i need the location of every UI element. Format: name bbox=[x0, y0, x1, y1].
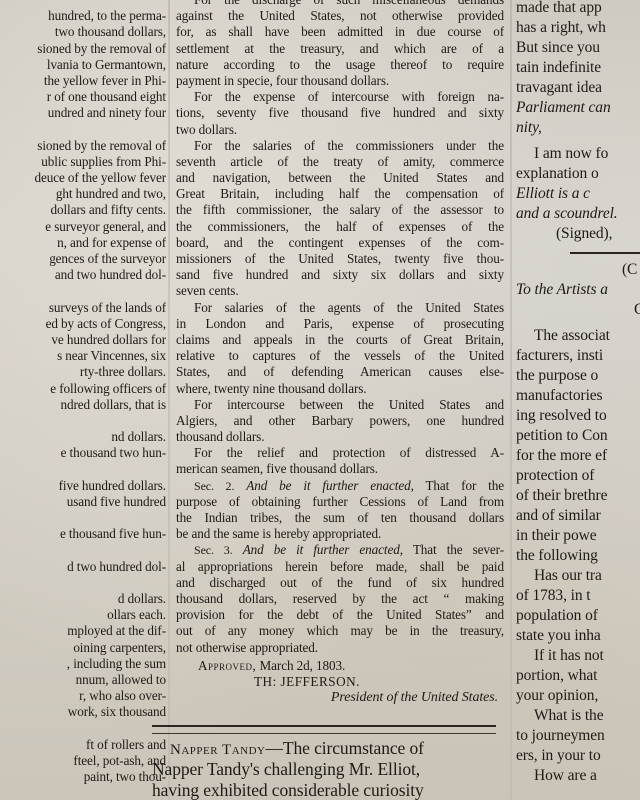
left-column-line: e following officers of bbox=[0, 381, 166, 397]
letter-line: (Signed), bbox=[516, 224, 640, 244]
paragraph-line: claims and appeals in the courts of Grea… bbox=[176, 332, 504, 348]
left-column-line: five hundred dollars. bbox=[0, 478, 166, 494]
address-line: protection of bbox=[516, 466, 640, 486]
section-paren: (C bbox=[516, 260, 640, 280]
left-column: hundred, to the perma-two thousand dolla… bbox=[0, 0, 166, 800]
napper-tandy-article: Napper Tandy—The circumstance of Napper … bbox=[152, 738, 498, 800]
address-line: the following bbox=[516, 546, 640, 566]
appropriation-paragraph: For salaries of the agents of the United… bbox=[176, 300, 504, 397]
address-line: of 1783, in t bbox=[516, 586, 640, 606]
paragraph-line: the Indian tribes, the sum of ten thousa… bbox=[176, 510, 504, 526]
address-line: facturers, insti bbox=[516, 346, 640, 366]
address-line: population of bbox=[516, 606, 640, 626]
paragraph-line: For the relief and protection of distres… bbox=[176, 445, 504, 461]
left-column-line: usand five hundred bbox=[0, 494, 166, 510]
letter-line: nity, bbox=[516, 118, 640, 138]
left-column-line: d dollars. bbox=[0, 591, 166, 607]
left-column-line: , including the sum bbox=[0, 656, 166, 672]
line-text: That for the bbox=[414, 478, 504, 493]
signer-name: TH: JEFFERSON. bbox=[176, 674, 504, 690]
approved-label: Approved, bbox=[198, 658, 256, 673]
appropriations-act-text: For the discharge of such miscellaneous … bbox=[176, 0, 504, 656]
appropriation-paragraph: For the relief and protection of distres… bbox=[176, 445, 504, 477]
paragraph-line: relative to captures of the vessels of t… bbox=[176, 348, 504, 364]
left-column-line: ed by acts of Congress, bbox=[0, 316, 166, 332]
paragraph-line: two dollars. bbox=[176, 122, 504, 138]
address-line: to journeymen bbox=[516, 726, 640, 746]
left-column-line: ollars each. bbox=[0, 607, 166, 623]
letter-line: and a scoundrel. bbox=[516, 204, 640, 224]
address-line: the purpose o bbox=[516, 366, 640, 386]
middle-column: For the discharge of such miscellaneous … bbox=[176, 0, 504, 800]
left-column-line: deuce of the yellow fever bbox=[0, 170, 166, 186]
section-subheading: C bbox=[516, 300, 640, 320]
address-line: of their brethre bbox=[516, 486, 640, 506]
column-divider-right bbox=[510, 0, 512, 800]
paragraph-line: Great Britain, including half the compen… bbox=[176, 186, 504, 202]
letter-line: I am now fo bbox=[516, 144, 640, 164]
left-column-line bbox=[0, 542, 166, 558]
left-column-line: the yellow fever in Phi- bbox=[0, 73, 166, 89]
address-line: for the more ef bbox=[516, 446, 640, 466]
artists-address-text: The associatfacturers, instithe purpose … bbox=[516, 326, 640, 786]
enacting-clause: And be it further enacted, bbox=[243, 542, 403, 557]
appropriation-paragraph: For the salaries of the commissioners un… bbox=[176, 138, 504, 300]
em-dash: — bbox=[266, 738, 283, 758]
paragraph-line: sand five hundred and sixty six dollars … bbox=[176, 267, 504, 283]
paragraph-line: thousand dollars, reserved by the act “ … bbox=[176, 591, 504, 607]
article-line: Napper Tandy's challenging Mr. Elliot, bbox=[152, 759, 498, 780]
line-text: That the sever- bbox=[403, 542, 504, 557]
paragraph-line: board, and the contingent expenses of th… bbox=[176, 235, 504, 251]
approved-date: March 2d, 1803. bbox=[260, 658, 346, 673]
address-line: and of similar bbox=[516, 506, 640, 526]
paragraph-line: and discharged out of the fund of six hu… bbox=[176, 575, 504, 591]
left-column-line: gences of the surveyor bbox=[0, 251, 166, 267]
paragraph-line: Sec. 3. And be it further enacted, That … bbox=[176, 542, 504, 558]
left-column-line: r of one thousand eight bbox=[0, 89, 166, 105]
left-column-line bbox=[0, 0, 166, 8]
letter-line: explanation o bbox=[516, 164, 640, 184]
left-column-line: two thousand dollars, bbox=[0, 24, 166, 40]
left-column-line: oining carpenters, bbox=[0, 640, 166, 656]
letter-line: Parliament can bbox=[516, 98, 640, 118]
left-column-line: ft of rollers and bbox=[0, 737, 166, 753]
left-column-line: hundred, to the perma- bbox=[0, 8, 166, 24]
letter-line: But since you bbox=[516, 38, 640, 58]
paragraph-line: merican seamen, five thousand dollars. bbox=[176, 461, 504, 477]
left-column-line: work, six thousand bbox=[0, 704, 166, 720]
left-column-line bbox=[0, 720, 166, 736]
paragraph-line: provision for the debt of the United Sta… bbox=[176, 607, 504, 623]
paragraph-line: against the United States, not otherwise… bbox=[176, 8, 504, 24]
newspaper-page: hundred, to the perma-two thousand dolla… bbox=[0, 0, 640, 800]
letter-line: Elliott is a c bbox=[516, 184, 640, 204]
paragraph-line: in London and Paris, expense of prosecut… bbox=[176, 316, 504, 332]
left-column-line bbox=[0, 283, 166, 299]
left-column-line: n, and for expense of bbox=[0, 235, 166, 251]
left-column-line: fteel, pot-ash, and bbox=[0, 753, 166, 769]
appropriation-paragraph: For the expense of intercourse with fore… bbox=[176, 89, 504, 138]
letter-text: made that apphas a right, whBut since yo… bbox=[516, 0, 640, 244]
paragraph-line: For the salaries of the commissioners un… bbox=[176, 138, 504, 154]
address-line: What is the bbox=[516, 706, 640, 726]
paragraph-line: and navigation, between the United State… bbox=[176, 170, 504, 186]
left-column-line: rty-three dollars. bbox=[0, 364, 166, 380]
left-column-line: nnum, allowed to bbox=[0, 672, 166, 688]
paragraph-line: the commissioners, the half of expenses … bbox=[176, 219, 504, 235]
paragraph-line: out of any money which may be in the tre… bbox=[176, 623, 504, 639]
left-column-line: e surveyor general, and bbox=[0, 219, 166, 235]
letter-line: travagant idea bbox=[516, 78, 640, 98]
left-column-line: e thousand five hun- bbox=[0, 526, 166, 542]
left-column-line bbox=[0, 510, 166, 526]
address-line: manufactories bbox=[516, 386, 640, 406]
right-column: made that apphas a right, whBut since yo… bbox=[516, 0, 640, 800]
approval-line: Approved, March 2d, 1803. bbox=[176, 658, 504, 674]
address-line: petition to Con bbox=[516, 426, 640, 446]
paragraph-line: where, twenty nine thousand dollars. bbox=[176, 381, 504, 397]
appropriation-paragraph: Sec. 3. And be it further enacted, That … bbox=[176, 542, 504, 655]
appropriation-paragraph: For intercourse between the United State… bbox=[176, 397, 504, 446]
column-divider-left bbox=[168, 0, 170, 800]
paragraph-line: For intercourse between the United State… bbox=[176, 397, 504, 413]
signer-title: President of the United States. bbox=[176, 690, 504, 706]
enacting-clause: And be it further enacted, bbox=[246, 478, 413, 493]
section-heading: To the Artists a bbox=[516, 280, 640, 300]
address-line: How are a bbox=[516, 766, 640, 786]
left-column-line: mployed at the dif- bbox=[0, 623, 166, 639]
left-column-line: r, who also over- bbox=[0, 688, 166, 704]
paragraph-line: seventh article of the treaty of amity, … bbox=[176, 154, 504, 170]
article-separator-rule bbox=[152, 725, 496, 734]
article-heading: Napper Tandy bbox=[170, 742, 266, 758]
left-column-line: ndred dollars, that is bbox=[0, 397, 166, 413]
address-line: ing resolved to bbox=[516, 406, 640, 426]
section-label: Sec. 2. bbox=[194, 479, 234, 493]
left-column-line: dollars and fifty cents. bbox=[0, 202, 166, 218]
article-first-line: Napper Tandy—The circumstance of bbox=[152, 738, 498, 759]
left-column-line bbox=[0, 575, 166, 591]
paragraph-line: Sec. 2. And be it further enacted, That … bbox=[176, 478, 504, 494]
left-column-line: sioned by the removal of bbox=[0, 138, 166, 154]
left-column-line: sioned by the removal of bbox=[0, 41, 166, 57]
address-line: in their powe bbox=[516, 526, 640, 546]
left-column-line bbox=[0, 461, 166, 477]
paragraph-line: tions, seventy five thousand five hundre… bbox=[176, 105, 504, 121]
address-line: Has our tra bbox=[516, 566, 640, 586]
left-column-line: ublic supplies from Phi- bbox=[0, 154, 166, 170]
article-line: having exhibited considerable curiosity bbox=[152, 780, 498, 800]
paragraph-line: For the expense of intercourse with fore… bbox=[176, 89, 504, 105]
section-label: Sec. 3. bbox=[194, 543, 233, 557]
article-line: The circumstance of bbox=[283, 738, 424, 758]
paragraph-line: For salaries of the agents of the United… bbox=[176, 300, 504, 316]
address-line: your opinion, bbox=[516, 686, 640, 706]
paragraph-line: payment in specie, four thousand dollars… bbox=[176, 73, 504, 89]
paragraph-line: Algiers, and other Barbary powers, one h… bbox=[176, 413, 504, 429]
left-column-line: ve hundred dollars for bbox=[0, 332, 166, 348]
address-line: The associat bbox=[516, 326, 640, 346]
paragraph-line: thousand dollars. bbox=[176, 429, 504, 445]
appropriation-paragraph: Sec. 2. And be it further enacted, That … bbox=[176, 478, 504, 543]
left-column-line: undred and ninety four bbox=[0, 105, 166, 121]
left-column-line: ght hundred and two, bbox=[0, 186, 166, 202]
paragraph-line: not otherwise appropriated. bbox=[176, 640, 504, 656]
left-column-line bbox=[0, 122, 166, 138]
letter-line: made that app bbox=[516, 0, 640, 18]
paragraph-line: missioners of the United States, twenty … bbox=[176, 251, 504, 267]
appropriation-paragraph: For the discharge of such miscellaneous … bbox=[176, 0, 504, 89]
paragraph-line: al appropriations herein before made, sh… bbox=[176, 559, 504, 575]
paragraph-line: States, and of defending American causes… bbox=[176, 364, 504, 380]
paragraph-line: settlement at the treasury, and which ar… bbox=[176, 41, 504, 57]
left-column-line: and two hundred dol- bbox=[0, 267, 166, 283]
paragraph-line: be and the same is hereby appropriated. bbox=[176, 526, 504, 542]
address-line: If it has not bbox=[516, 646, 640, 666]
left-column-line: s near Vincennes, six bbox=[0, 348, 166, 364]
letter-line: tain indefinite bbox=[516, 58, 640, 78]
section-rule bbox=[570, 252, 640, 254]
paragraph-line: For the discharge of such miscellaneous … bbox=[176, 0, 504, 8]
left-column-line: nd dollars. bbox=[0, 429, 166, 445]
address-line: state you inha bbox=[516, 626, 640, 646]
paragraph-line: the fifth commissioner, the salary of th… bbox=[176, 202, 504, 218]
left-column-line bbox=[0, 413, 166, 429]
paragraph-line: seven cents. bbox=[176, 283, 504, 299]
left-column-line: d two hundred dol- bbox=[0, 559, 166, 575]
left-column-line: lvania to Germantown, bbox=[0, 57, 166, 73]
letter-line: has a right, wh bbox=[516, 18, 640, 38]
address-line: portion, what bbox=[516, 666, 640, 686]
left-column-line: surveys of the lands of bbox=[0, 300, 166, 316]
paragraph-line: for, as shall have been admitted in due … bbox=[176, 24, 504, 40]
paragraph-line: purpose of obtaining further Cessions of… bbox=[176, 494, 504, 510]
left-column-line: e thousand two hun- bbox=[0, 445, 166, 461]
address-line: ers, in your to bbox=[516, 746, 640, 766]
paragraph-line: nature according to the usage thereof to… bbox=[176, 57, 504, 73]
left-column-line: paint, two thou- bbox=[0, 769, 166, 785]
